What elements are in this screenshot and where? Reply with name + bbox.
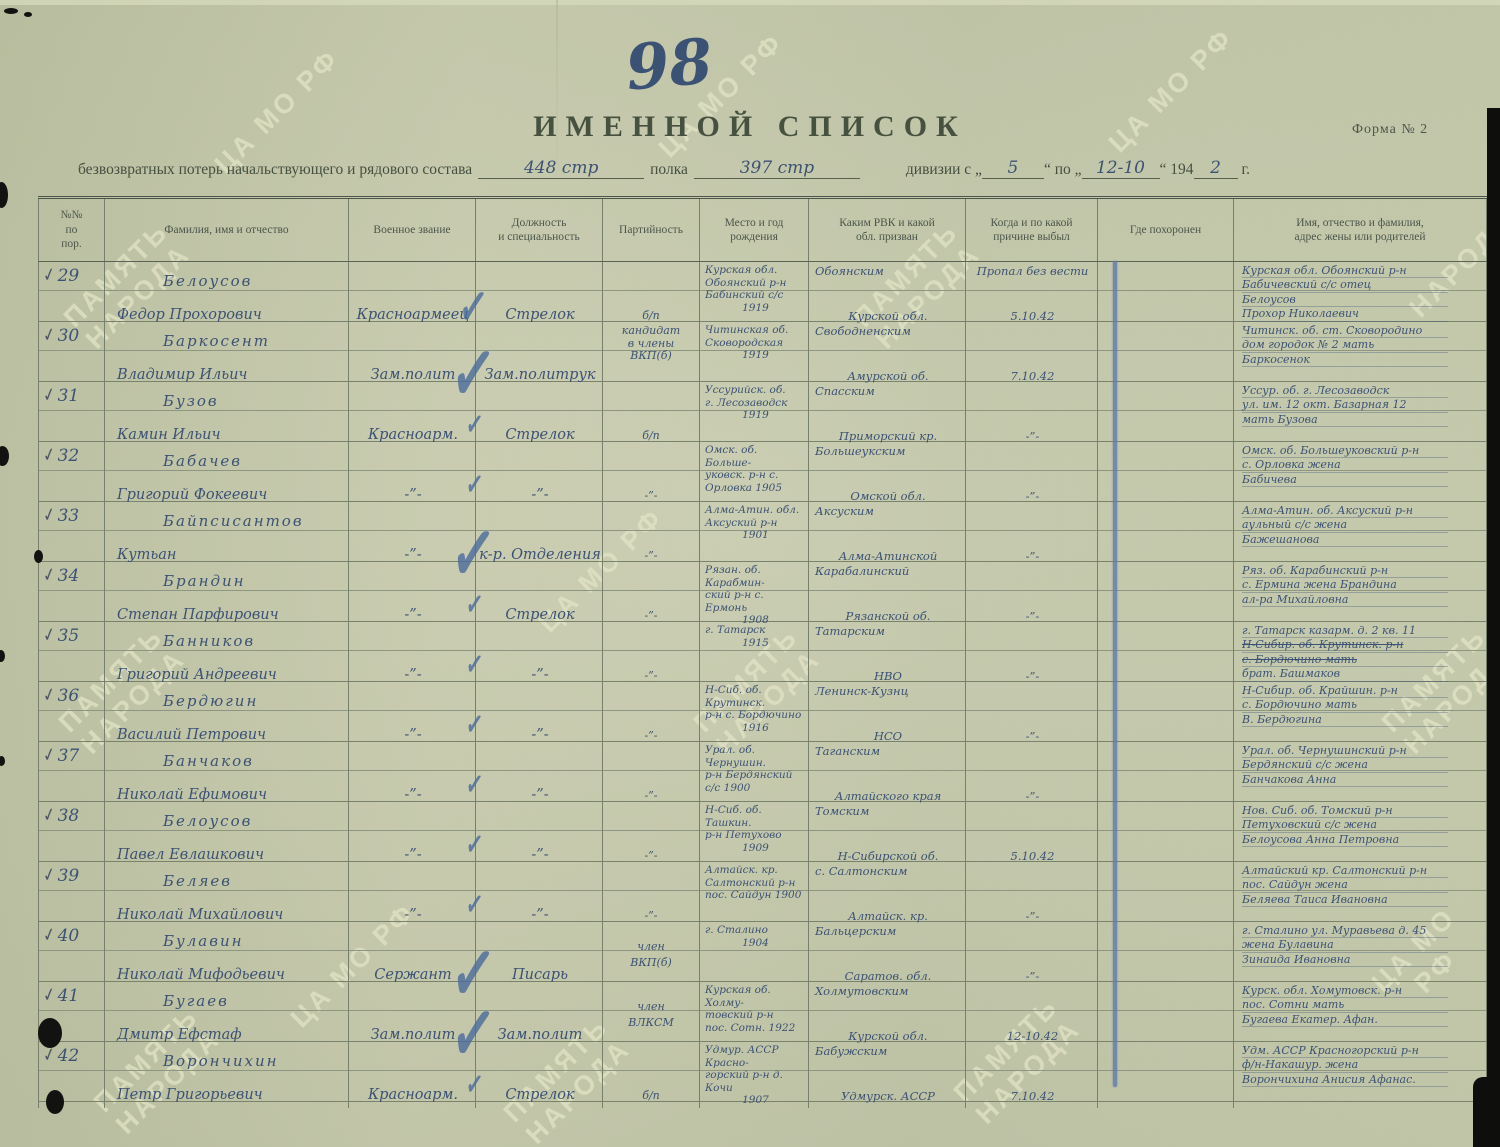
birthplace: г. Сталино1904 bbox=[700, 922, 808, 988]
birthplace: г. Татарск1915 bbox=[700, 622, 808, 688]
scan-top-edge bbox=[0, 0, 1500, 5]
rvk-cell: ХолмутовскимКурской обл. bbox=[809, 982, 966, 1048]
family-cell: Ряз. об. Карабинский р-нс. Ермина жена Б… bbox=[1234, 562, 1487, 628]
burial-cell bbox=[1098, 442, 1234, 508]
surname: Байпсисантов bbox=[105, 502, 348, 532]
birthplace-cell: Алтайск. кр.Салтонский р-нпос. Сайдун 19… bbox=[700, 862, 809, 928]
family-cell: Читинск. об. ст. Сковородинодом городок … bbox=[1234, 322, 1487, 388]
rvk-cell: ОбоянскимКурской обл. bbox=[809, 262, 966, 328]
loss-date-reason: -”- bbox=[966, 862, 1097, 928]
name-cell: БугаевДмитр Ефстаф bbox=[105, 982, 349, 1048]
party-cell: членВКП(б) bbox=[603, 922, 700, 988]
surname: Бабачев bbox=[105, 442, 348, 472]
row-number-cell: ✓42 bbox=[38, 1042, 105, 1108]
subtitle-printed-2: полка bbox=[650, 161, 688, 179]
party-cell: -”- bbox=[603, 502, 700, 568]
birthplace-cell: Алма-Атин. обл.Аксуский р-н1901 bbox=[700, 502, 809, 568]
row-tick-mark: ✓ bbox=[41, 742, 57, 768]
position-cell: -”- bbox=[476, 802, 603, 868]
column-header-3: Военное звание bbox=[349, 199, 476, 261]
surname: Бугаев bbox=[105, 982, 348, 1012]
family-cell: Нов. Сиб. об. Томский р-нПетуховский с/с… bbox=[1234, 802, 1487, 868]
party-cell: б/п bbox=[603, 382, 700, 448]
column-header-1: №№ по пор. bbox=[38, 199, 105, 261]
given-name: Петр Григорьевич bbox=[105, 1072, 348, 1108]
surname: Банников bbox=[105, 622, 348, 652]
rank-cell: Сержант bbox=[349, 922, 476, 988]
family-cell: Уссур. об. г. Лесозаводскул. им. 12 окт.… bbox=[1234, 382, 1487, 448]
row-tick-mark: ✓ bbox=[41, 262, 57, 288]
rvk-cell: СвободненскимАмурской об. bbox=[809, 322, 966, 388]
fate-cell: -”- bbox=[966, 502, 1098, 568]
surname: Белоусов bbox=[105, 262, 348, 292]
family-cell: Удм. АССР Красногорский р-нф/н-Накашур. … bbox=[1234, 1042, 1487, 1108]
row-number-cell: ✓33 bbox=[38, 502, 105, 568]
position-cell: Стрелок bbox=[476, 562, 603, 628]
loss-date-reason: 12-10.42 bbox=[966, 982, 1097, 1048]
birthplace-cell: Уссурийск. об.г. Лесозаводск1919 bbox=[700, 382, 809, 448]
family-address: Алма-Атин. об. Аксуский р-наульный с/с ж… bbox=[1234, 502, 1486, 568]
subtitle-printed-4: “ по „ bbox=[1044, 161, 1082, 179]
party-cell: -”- bbox=[603, 802, 700, 868]
row-number-cell: ✓31 bbox=[38, 382, 105, 448]
rvk-cell: Ленинск-КузнцНСО bbox=[809, 682, 966, 748]
fate-cell: 7.10.42 bbox=[966, 1042, 1098, 1108]
family-address: Алтайский кр. Салтонский р-нпос. Сайдун … bbox=[1234, 862, 1486, 928]
party-affiliation: членВКП(б) bbox=[603, 922, 699, 988]
rank-cell: Зам.полит bbox=[349, 982, 476, 1048]
row-number-cell: ✓41 bbox=[38, 982, 105, 1048]
position: Стрелок bbox=[476, 1072, 602, 1108]
fate-cell: -”- bbox=[966, 682, 1098, 748]
table-row: ✓30БаркосентВладимир ИльичЗам.политЗам.п… bbox=[38, 322, 1487, 382]
rvk-cell: КарабалинскийРязанской об. bbox=[809, 562, 966, 628]
scan-right-edge bbox=[1487, 108, 1500, 1147]
birthplace-cell: Курская обл.Обоянский р-нБабинский с/с19… bbox=[700, 262, 809, 328]
loss-date-reason: 7.10.42 bbox=[966, 322, 1097, 388]
position-cell: -”- bbox=[476, 862, 603, 928]
day-to-fill: 12-10 bbox=[1082, 160, 1160, 179]
birthplace: Читинская об.Сковородская1919 bbox=[700, 322, 808, 388]
fate-cell: Пропал без вести5.10.42 bbox=[966, 262, 1098, 328]
row-number: 35 bbox=[58, 626, 80, 646]
birthplace: Алтайск. кр.Салтонский р-нпос. Сайдун 19… bbox=[700, 862, 808, 928]
party-cell: -”- bbox=[603, 742, 700, 808]
row-number-cell: ✓38 bbox=[38, 802, 105, 868]
table-row: ✓38БелоусовПавел Евлашкович-”--”--”-Н-Си… bbox=[38, 802, 1487, 862]
rank-cell: -”- bbox=[349, 562, 476, 628]
burial-cell bbox=[1098, 1042, 1234, 1108]
name-cell: БанчаковНиколай Ефимович bbox=[105, 742, 349, 808]
birthplace-cell: Рязан. об. Карабмин-ский р-н с. Ермонь19… bbox=[700, 562, 809, 628]
row-number: 41 bbox=[58, 986, 80, 1006]
draft-rvk: ТомскимН-Сибирской об. bbox=[809, 802, 965, 868]
birthplace: Омск. об. Больше-уковск. р-н с.Орловка 1… bbox=[700, 442, 808, 508]
row-number-cell: ✓34 bbox=[38, 562, 105, 628]
loss-date-reason: 5.10.42 bbox=[966, 802, 1097, 868]
rvk-cell: БальцерскимСаратов. обл. bbox=[809, 922, 966, 988]
surname: Ворончихин bbox=[105, 1042, 348, 1072]
position-cell: -”- bbox=[476, 622, 603, 688]
scan-blemish bbox=[0, 650, 5, 662]
party-affiliation: -”- bbox=[603, 742, 699, 808]
page-title: ИМЕННОЙ СПИСОК bbox=[0, 110, 1500, 144]
row-tick-mark: ✓ bbox=[41, 322, 57, 348]
row-tick-mark: ✓ bbox=[41, 862, 57, 888]
surname: Белоусов bbox=[105, 802, 348, 832]
position-cell: Стрелок bbox=[476, 262, 603, 328]
scanned-document-page: { "page": { "number": "98", "form_label"… bbox=[0, 0, 1500, 1147]
birthplace: Курская обл.Обоянский р-нБабинский с/с19… bbox=[700, 262, 808, 328]
table-row: ✓39БеляевНиколай Михайлович-”--”--”-Алта… bbox=[38, 862, 1487, 922]
rank-cell: -”- bbox=[349, 502, 476, 568]
birthplace-cell: Омск. об. Больше-уковск. р-н с.Орловка 1… bbox=[700, 442, 809, 508]
day-from-fill: 5 bbox=[982, 160, 1044, 179]
family-cell: г. Сталино ул. Муравьева д. 45жена Булав… bbox=[1234, 922, 1487, 988]
fate-cell: -”- bbox=[966, 862, 1098, 928]
column-header-4: Должность и специальность bbox=[476, 199, 603, 261]
party-cell: -”- bbox=[603, 562, 700, 628]
rank-cell: -”- bbox=[349, 802, 476, 868]
loss-date-reason: -”- bbox=[966, 742, 1097, 808]
row-number: 29 bbox=[58, 266, 80, 286]
family-address: г. Татарск казарм. д. 2 кв. 11Н-Сибир. о… bbox=[1234, 622, 1486, 688]
surname: Бердюгин bbox=[105, 682, 348, 712]
table-row: ✓31БузовКамин ИльичКрасноарм.Стрелокб/пУ… bbox=[38, 382, 1487, 442]
row-tick-mark: ✓ bbox=[41, 1042, 57, 1068]
draft-rvk: с. СалтонскимАлтайск. кр. bbox=[809, 862, 965, 928]
fate-cell: 5.10.42 bbox=[966, 802, 1098, 868]
name-cell: БанниковГригорий Андреевич bbox=[105, 622, 349, 688]
year-fill: 2 bbox=[1194, 160, 1238, 179]
burial-cell bbox=[1098, 742, 1234, 808]
family-address: Курская обл. Обоянский р-нБабичевский с/… bbox=[1234, 262, 1486, 328]
row-number-cell: ✓40 bbox=[38, 922, 105, 988]
rank-cell: Красноарм. bbox=[349, 382, 476, 448]
position-cell: Зам.политрук bbox=[476, 322, 603, 388]
fate-cell: -”- bbox=[966, 922, 1098, 988]
row-tick-mark: ✓ bbox=[41, 982, 57, 1008]
fate-cell: -”- bbox=[966, 562, 1098, 628]
row-number-cell: ✓36 bbox=[38, 682, 105, 748]
rvk-cell: с. СалтонскимАлтайск. кр. bbox=[809, 862, 966, 928]
loss-date-reason: Пропал без вести5.10.42 bbox=[966, 262, 1097, 328]
birthplace-cell: Н-Сиб. об. Ташкин.р-н Петухово1909 bbox=[700, 802, 809, 868]
column-header-2: Фамилия, имя и отчество bbox=[105, 199, 349, 261]
birthplace-cell: Н-Сиб. об. Крутинск.р-н с. Бордючино1916 bbox=[700, 682, 809, 748]
row-number-cell: ✓30 bbox=[38, 322, 105, 388]
draft-rvk: Ленинск-КузнцНСО bbox=[809, 682, 965, 748]
party-affiliation: членВЛКСМ bbox=[603, 982, 699, 1048]
name-cell: БердюгинВасилий Петрович bbox=[105, 682, 349, 748]
loss-date-reason: -”- bbox=[966, 562, 1097, 628]
rvk-cell: ТаганскимАлтайского края bbox=[809, 742, 966, 808]
scan-blemish bbox=[0, 756, 5, 766]
row-number: 30 bbox=[58, 326, 80, 346]
draft-rvk: БальцерскимСаратов. обл. bbox=[809, 922, 965, 988]
draft-rvk: ТаганскимАлтайского края bbox=[809, 742, 965, 808]
party-affiliation: -”- bbox=[603, 562, 699, 628]
draft-rvk: АксускимАлма-Атинской bbox=[809, 502, 965, 568]
name-cell: БаркосентВладимир Ильич bbox=[105, 322, 349, 388]
column-header-8: Когда и по какой причине выбыл bbox=[966, 199, 1098, 261]
name-cell: БеляевНиколай Михайлович bbox=[105, 862, 349, 928]
birthplace-cell: Удмур. АССР Красно-горский р-н д. Кочи19… bbox=[700, 1042, 809, 1108]
column-header-10: Имя, отчество и фамилия, адрес жены или … bbox=[1234, 199, 1487, 261]
loss-date-reason: 7.10.42 bbox=[966, 1042, 1097, 1108]
family-address: Нов. Сиб. об. Томский р-нПетуховский с/с… bbox=[1234, 802, 1486, 868]
subtitle-printed-6: г. bbox=[1242, 161, 1250, 179]
table-row: ✓37БанчаковНиколай Ефимович-”--”--”-Урал… bbox=[38, 742, 1487, 802]
surname: Банчаков bbox=[105, 742, 348, 772]
rank: Красноарм. bbox=[349, 1072, 475, 1108]
family-address: Н-Сибир. об. Крайшин. р-нс. Бордючино ма… bbox=[1234, 682, 1486, 748]
party-affiliation: б/п bbox=[603, 382, 699, 448]
family-cell: Омск. об. Большеуковский р-нс. Орловка ж… bbox=[1234, 442, 1487, 508]
party-affiliation: б/п bbox=[603, 262, 699, 328]
birthplace-cell: Урал. об. Чернушин.р-н Бердянскийс/с 190… bbox=[700, 742, 809, 808]
party-affiliation: -”- bbox=[603, 622, 699, 688]
family-address: Читинск. об. ст. Сковородинодом городок … bbox=[1234, 322, 1486, 388]
party-cell: -”- bbox=[603, 682, 700, 748]
draft-rvk: БабужскимУдмурск. АССР bbox=[809, 1042, 965, 1108]
draft-rvk: ХолмутовскимКурской обл. bbox=[809, 982, 965, 1048]
party-cell: кандидатв членыВКП(б) bbox=[603, 322, 700, 388]
rvk-cell: БольшеукскимОмской обл. bbox=[809, 442, 966, 508]
family-cell: Урал. об. Чернушинский р-нБердянский с/с… bbox=[1234, 742, 1487, 808]
rvk-cell: АксускимАлма-Атинской bbox=[809, 502, 966, 568]
party-affiliation: -”- bbox=[603, 862, 699, 928]
birthplace: Рязан. об. Карабмин-ский р-н с. Ермонь19… bbox=[700, 562, 808, 628]
position-cell: к-р. Отделения bbox=[476, 502, 603, 568]
family-address: Урал. об. Чернушинский р-нБердянский с/с… bbox=[1234, 742, 1486, 808]
table-row: ✓34БрандинСтепан Парфирович-”-Стрелок-”-… bbox=[38, 562, 1487, 622]
rank-cell: Красноармеец bbox=[349, 262, 476, 328]
row-number: 32 bbox=[58, 446, 80, 466]
row-number-cell: ✓32 bbox=[38, 442, 105, 508]
division-fill: 397 стр bbox=[694, 160, 860, 179]
birthplace: Урал. об. Чернушин.р-н Бердянскийс/с 190… bbox=[700, 742, 808, 808]
rvk-cell: БабужскимУдмурск. АССР bbox=[809, 1042, 966, 1108]
burial-cell bbox=[1098, 982, 1234, 1048]
family-address: Ряз. об. Карабинский р-нс. Ермина жена Б… bbox=[1234, 562, 1486, 628]
surname: Булавин bbox=[105, 922, 348, 952]
birthplace-cell: Курская об. Холму-товский р-нпос. Сотн. … bbox=[700, 982, 809, 1048]
row-tick-mark: ✓ bbox=[41, 382, 57, 408]
scan-blemish bbox=[0, 446, 9, 466]
party-cell: б/п bbox=[603, 1042, 700, 1108]
family-address: г. Сталино ул. Муравьева д. 45жена Булав… bbox=[1234, 922, 1486, 988]
subtitle-printed-1: безвозвратных потерь начальствующего и р… bbox=[78, 161, 472, 179]
rank-cell: -”- bbox=[349, 442, 476, 508]
party-cell: членВЛКСМ bbox=[603, 982, 700, 1048]
rank-cell: -”- bbox=[349, 862, 476, 928]
rvk-cell: ТатарскимНВО bbox=[809, 622, 966, 688]
position-cell: Зам.полит bbox=[476, 982, 603, 1048]
family-cell: Курск. обл. Хомутовск. р-нпос. Сотни мат… bbox=[1234, 982, 1487, 1048]
birthplace: Удмур. АССР Красно-горский р-н д. Кочи19… bbox=[700, 1042, 808, 1108]
row-number: 37 bbox=[58, 746, 80, 766]
rank-cell: -”- bbox=[349, 622, 476, 688]
table-header-row: №№ по пор.Фамилия, имя и отчествоВоенное… bbox=[38, 199, 1487, 262]
party-cell: -”- bbox=[603, 862, 700, 928]
name-cell: БелоусовФедор Прохорович bbox=[105, 262, 349, 328]
party-affiliation: кандидатв членыВКП(б) bbox=[603, 322, 699, 388]
row-number: 39 bbox=[58, 866, 80, 886]
family-address: Уссур. об. г. Лесозаводскул. им. 12 окт.… bbox=[1234, 382, 1486, 448]
draft-rvk: СвободненскимАмурской об. bbox=[809, 322, 965, 388]
scan-blemish bbox=[4, 8, 18, 14]
position-cell: Стрелок bbox=[476, 1042, 603, 1108]
family-address: Курск. обл. Хомутовск. р-нпос. Сотни мат… bbox=[1234, 982, 1486, 1048]
name-cell: ВорончихинПетр Григорьевич bbox=[105, 1042, 349, 1108]
subtitle-printed-5: “ 194 bbox=[1160, 161, 1194, 179]
burial-cell bbox=[1098, 922, 1234, 988]
party-affiliation: -”- bbox=[603, 802, 699, 868]
row-number: 38 bbox=[58, 806, 80, 826]
row-tick-mark: ✓ bbox=[41, 442, 57, 468]
fate-cell: -”- bbox=[966, 742, 1098, 808]
birthplace-cell: г. Сталино1904 bbox=[700, 922, 809, 988]
family-cell: Н-Сибир. об. Крайшин. р-нс. Бордючино ма… bbox=[1234, 682, 1487, 748]
row-tick-mark: ✓ bbox=[41, 802, 57, 828]
burial-cell bbox=[1098, 382, 1234, 448]
rank-cell: -”- bbox=[349, 682, 476, 748]
draft-rvk: КарабалинскийРязанской об. bbox=[809, 562, 965, 628]
burial-cell bbox=[1098, 262, 1234, 328]
birthplace: Уссурийск. об.г. Лесозаводск1919 bbox=[700, 382, 808, 448]
birthplace: Курская об. Холму-товский р-нпос. Сотн. … bbox=[700, 982, 808, 1048]
rvk-cell: СпасскимПриморский кр. bbox=[809, 382, 966, 448]
column-header-9: Где похоронен bbox=[1098, 199, 1234, 261]
scan-blemish bbox=[0, 182, 8, 208]
surname: Баркосент bbox=[105, 322, 348, 352]
table-row: ✓40БулавинНиколай МифодьевичСержантПисар… bbox=[38, 922, 1487, 982]
row-number: 40 bbox=[58, 926, 80, 946]
table-row: ✓35БанниковГригорий Андреевич-”--”--”-г.… bbox=[38, 622, 1487, 682]
table-row: ✓42ВорончихинПетр ГригорьевичКрасноарм.С… bbox=[38, 1042, 1487, 1102]
position-cell: -”- bbox=[476, 742, 603, 808]
casualty-table: №№ по пор.Фамилия, имя и отчествоВоенное… bbox=[38, 196, 1487, 1102]
burial-cell bbox=[1098, 502, 1234, 568]
surname: Брандин bbox=[105, 562, 348, 592]
burial-cell bbox=[1098, 322, 1234, 388]
name-cell: БабачевГригорий Фокеевич bbox=[105, 442, 349, 508]
row-number: 42 bbox=[58, 1046, 80, 1066]
position-cell: -”- bbox=[476, 682, 603, 748]
loss-date-reason: -”- bbox=[966, 682, 1097, 748]
position-cell: Стрелок bbox=[476, 382, 603, 448]
fate-cell: -”- bbox=[966, 442, 1098, 508]
fate-cell: -”- bbox=[966, 622, 1098, 688]
draft-rvk: БольшеукскимОмской обл. bbox=[809, 442, 965, 508]
birthplace-cell: г. Татарск1915 bbox=[700, 622, 809, 688]
loss-date-reason: -”- bbox=[966, 442, 1097, 508]
party-affiliation: -”- bbox=[603, 442, 699, 508]
draft-rvk: СпасскимПриморский кр. bbox=[809, 382, 965, 448]
row-tick-mark: ✓ bbox=[41, 682, 57, 708]
family-address: Омск. об. Большеуковский р-нс. Орловка ж… bbox=[1234, 442, 1486, 508]
column-header-5: Партийность bbox=[603, 199, 700, 261]
table-row: ✓41БугаевДмитр ЕфстафЗам.политЗам.политч… bbox=[38, 982, 1487, 1042]
table-row: ✓33БайпсисантовКутьан-”-к-р. Отделения-”… bbox=[38, 502, 1487, 562]
burial-cell bbox=[1098, 802, 1234, 868]
fate-cell: 12-10.42 bbox=[966, 982, 1098, 1048]
family-cell: г. Татарск казарм. д. 2 кв. 11Н-Сибир. о… bbox=[1234, 622, 1487, 688]
name-cell: БелоусовПавел Евлашкович bbox=[105, 802, 349, 868]
name-cell: БузовКамин Ильич bbox=[105, 382, 349, 448]
row-number-cell: ✓37 bbox=[38, 742, 105, 808]
row-tick-mark: ✓ bbox=[41, 502, 57, 528]
loss-date-reason: -”- bbox=[966, 502, 1097, 568]
column-header-6: Место и год рождения bbox=[700, 199, 809, 261]
column-header-7: Каким РВК и какой обл. призван bbox=[809, 199, 966, 261]
party-affiliation: -”- bbox=[603, 682, 699, 748]
loss-date-reason: -”- bbox=[966, 922, 1097, 988]
scan-blemish bbox=[24, 12, 32, 17]
surname: Беляев bbox=[105, 862, 348, 892]
birthplace: Алма-Атин. обл.Аксуский р-н1901 bbox=[700, 502, 808, 568]
family-cell: Алтайский кр. Салтонский р-нпос. Сайдун … bbox=[1234, 862, 1487, 928]
rank-cell: -”- bbox=[349, 742, 476, 808]
burial-cell bbox=[1098, 562, 1234, 628]
row-tick-mark: ✓ bbox=[41, 562, 57, 588]
table-row: ✓32БабачевГригорий Фокеевич-”--”--”-Омск… bbox=[38, 442, 1487, 502]
row-number-cell: ✓39 bbox=[38, 862, 105, 928]
subtitle-line: безвозвратных потерь начальствующего и р… bbox=[78, 160, 1438, 179]
row-number: 34 bbox=[58, 566, 80, 586]
row-number-cell: ✓35 bbox=[38, 622, 105, 688]
family-cell: Курская обл. Обоянский р-нБабичевский с/… bbox=[1234, 262, 1487, 328]
position-cell: -”- bbox=[476, 442, 603, 508]
loss-date-reason: -”- bbox=[966, 382, 1097, 448]
row-number: 33 bbox=[58, 506, 80, 526]
subtitle-printed-3: дивизии с „ bbox=[906, 161, 982, 179]
name-cell: БайпсисантовКутьан bbox=[105, 502, 349, 568]
birthplace-cell: Читинская об.Сковородская1919 bbox=[700, 322, 809, 388]
fate-cell: 7.10.42 bbox=[966, 322, 1098, 388]
row-number: 31 bbox=[58, 386, 80, 406]
party-affiliation: б/п bbox=[603, 1042, 699, 1108]
position-cell: Писарь bbox=[476, 922, 603, 988]
draft-rvk: ОбоянскимКурской обл. bbox=[809, 262, 965, 328]
draft-rvk: ТатарскимНВО bbox=[809, 622, 965, 688]
rank-cell: Зам.полит bbox=[349, 322, 476, 388]
rank-cell: Красноарм. bbox=[349, 1042, 476, 1108]
party-cell: б/п bbox=[603, 262, 700, 328]
handwritten-page-number: 98 bbox=[623, 24, 715, 104]
family-address: Удм. АССР Красногорский р-нф/н-Накашур. … bbox=[1234, 1042, 1486, 1108]
row-number-cell: ✓29 bbox=[38, 262, 105, 328]
party-cell: -”- bbox=[603, 622, 700, 688]
party-cell: -”- bbox=[603, 442, 700, 508]
burial-cell bbox=[1098, 862, 1234, 928]
burial-cell bbox=[1098, 682, 1234, 748]
surname: Бузов bbox=[105, 382, 348, 412]
regiment-fill: 448 стр bbox=[478, 160, 644, 179]
burial-cell bbox=[1098, 622, 1234, 688]
name-cell: БулавинНиколай Мифодьевич bbox=[105, 922, 349, 988]
form-number-label: Форма № 2 bbox=[1352, 122, 1428, 138]
loss-date-reason: -”- bbox=[966, 622, 1097, 688]
table-row: ✓29БелоусовФедор ПрохоровичКрасноармеецС… bbox=[38, 262, 1487, 322]
table-row: ✓36БердюгинВасилий Петрович-”--”--”-Н-Си… bbox=[38, 682, 1487, 742]
rvk-cell: ТомскимН-Сибирской об. bbox=[809, 802, 966, 868]
party-affiliation: -”- bbox=[603, 502, 699, 568]
birthplace: Н-Сиб. об. Крутинск.р-н с. Бордючино1916 bbox=[700, 682, 808, 748]
row-tick-mark: ✓ bbox=[41, 922, 57, 948]
row-number: 36 bbox=[58, 686, 80, 706]
